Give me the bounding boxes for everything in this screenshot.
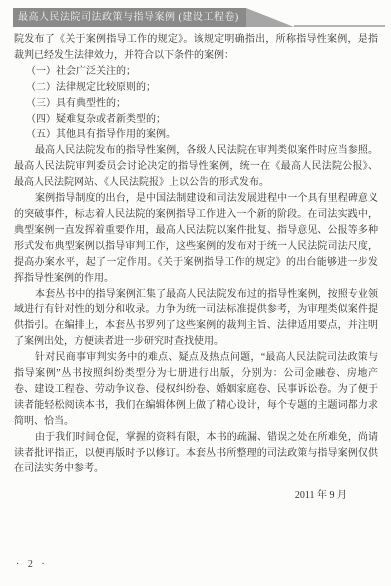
running-head-bar: 最高人民法院司法政策与指导案例 (建设工程卷) xyxy=(13,8,246,27)
book-page: 最高人民法院司法政策与指导案例 (建设工程卷) 院发布了《关于案例指导工作的规定… xyxy=(0,0,391,586)
paragraph: 案例指导制度的出台，是中国法制建设和司法发展进程中一个具有里程碑意义的突破事件，… xyxy=(14,191,378,286)
page-body: 院发布了《关于案例指导工作的规定》。该规定明确指出，所称指导性案例，是指裁判已经… xyxy=(14,32,378,504)
list-item: （五）其他具有指导作用的案例。 xyxy=(14,127,378,143)
date: 2011 年 9 月 xyxy=(14,488,378,504)
paragraph: 针对民商事审判实务中的难点、疑点及热点问题，“最高人民法院司法政策与指导案例”丛… xyxy=(14,350,378,430)
list-item: （二）法律规定比较原则的； xyxy=(14,80,378,96)
book-title: 最高人民法院司法政策与指导案例 (建设工程卷) xyxy=(18,12,239,23)
header-accent-triangle-icon xyxy=(246,8,294,27)
list-item: （一）社会广泛关注的； xyxy=(14,64,378,80)
list-item: （三）具有典型性的； xyxy=(14,96,378,112)
list-item: （四）疑难复杂或者新类型的； xyxy=(14,112,378,128)
page-number: · 2 · xyxy=(16,559,48,570)
paragraph-continuation: 院发布了《关于案例指导工作的规定》。该规定明确指出，所称指导性案例，是指裁判已经… xyxy=(14,32,378,64)
paragraph: 由于我们时间仓促，掌握的资料有限，本书的疏漏、错误之处在所难免，尚请读者批评指正… xyxy=(14,430,378,478)
paragraph: 本套丛书中的指导案例汇集了最高人民法院发布过的指导性案例，按照专业领域进行有针对… xyxy=(14,287,378,351)
running-head: 最高人民法院司法政策与指导案例 (建设工程卷) xyxy=(13,8,385,27)
paragraph: 最高人民法院发布的指导性案例，各级人民法院在审判类似案件时应当参照。最高人民法院… xyxy=(14,143,378,191)
header-rule-line xyxy=(294,25,385,27)
